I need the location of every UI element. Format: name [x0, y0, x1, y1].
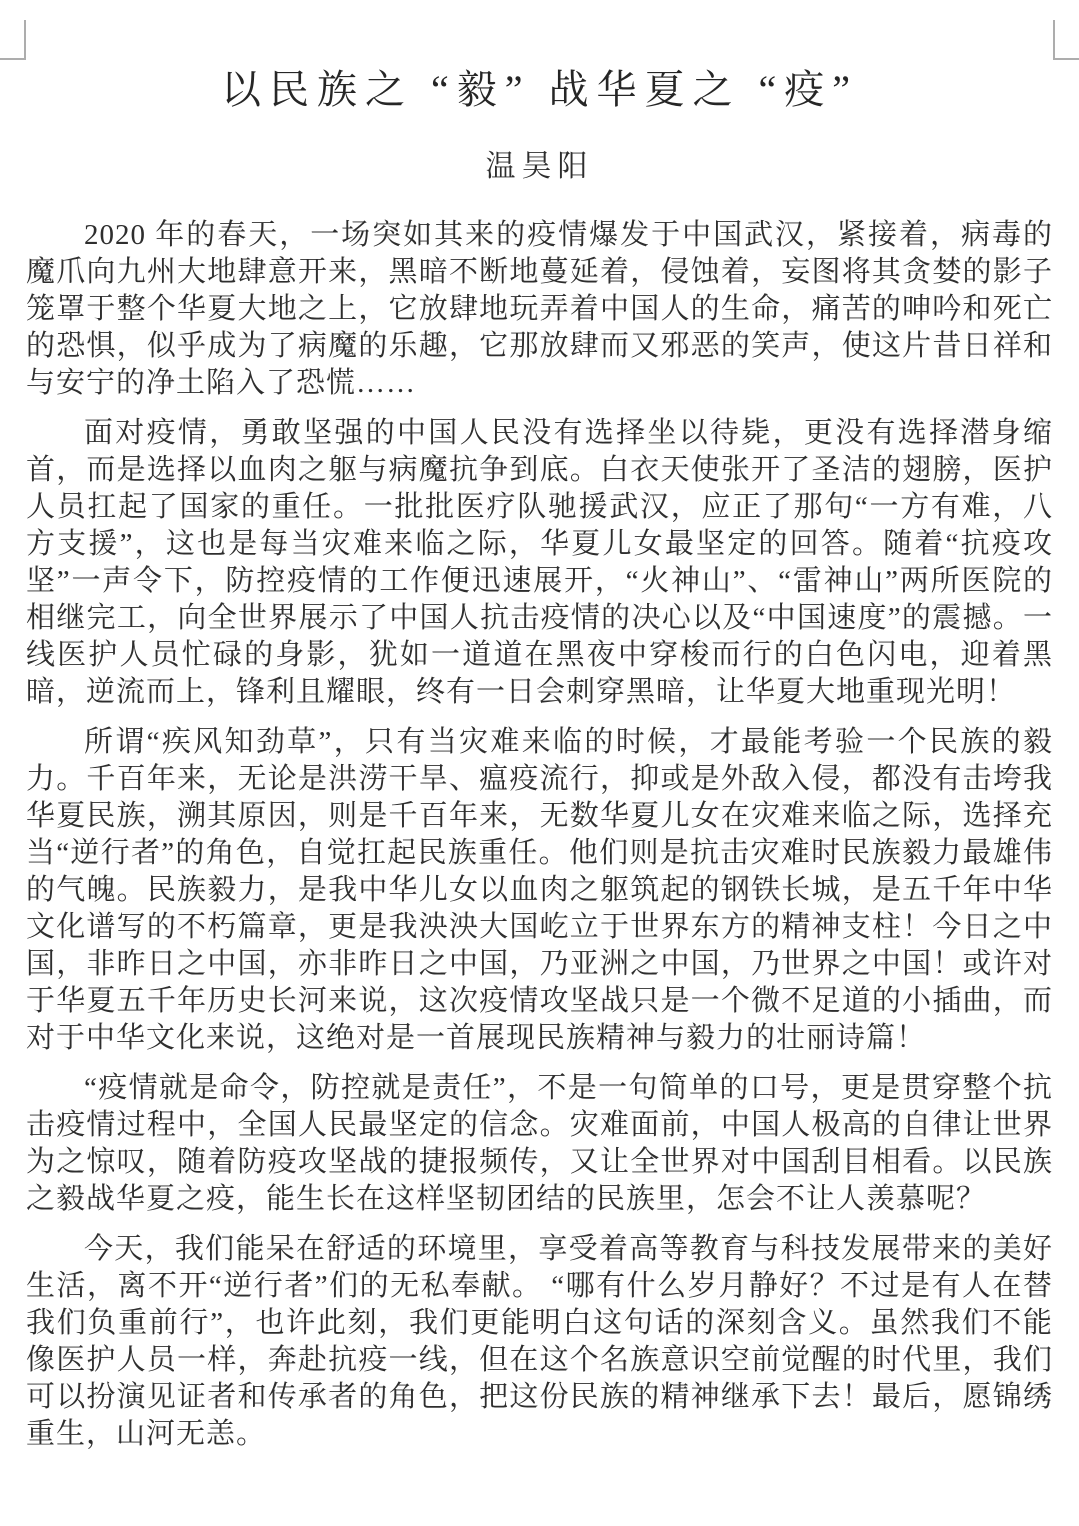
essay-page: 以民族之 “毅” 战华夏之 “疫” 温昊阳 2020 年的春天，一场突如其来的疫… [0, 0, 1079, 1453]
essay-paragraph: “疫情就是命令，防控就是责任”，不是一句简单的口号，更是贯穿整个抗击疫情过程中，… [26, 1070, 1053, 1218]
page-title: 以民族之 “毅” 战华夏之 “疫” [26, 58, 1053, 115]
essay-paragraph: 2020 年的春天，一场突如其来的疫情爆发于中国武汉，紧接着，病毒的魔爪向九州大… [26, 217, 1053, 402]
essay-body: 2020 年的春天，一场突如其来的疫情爆发于中国武汉，紧接着，病毒的魔爪向九州大… [26, 217, 1053, 1453]
author-name: 温昊阳 [26, 141, 1053, 185]
essay-paragraph: 面对疫情，勇敢坚强的中国人民没有选择坐以待毙，更没有选择潜身缩首，而是选择以血肉… [26, 415, 1053, 711]
page-corner-mark-left [0, 20, 26, 60]
essay-paragraph: 所谓“疾风知劲草”，只有当灾难来临的时候，才最能考验一个民族的毅力。千百年来，无… [26, 724, 1053, 1057]
page-corner-mark-right [1053, 20, 1079, 60]
essay-paragraph: 今天，我们能呆在舒适的环境里，享受着高等教育与科技发展带来的美好生活，离不开“逆… [26, 1231, 1053, 1453]
